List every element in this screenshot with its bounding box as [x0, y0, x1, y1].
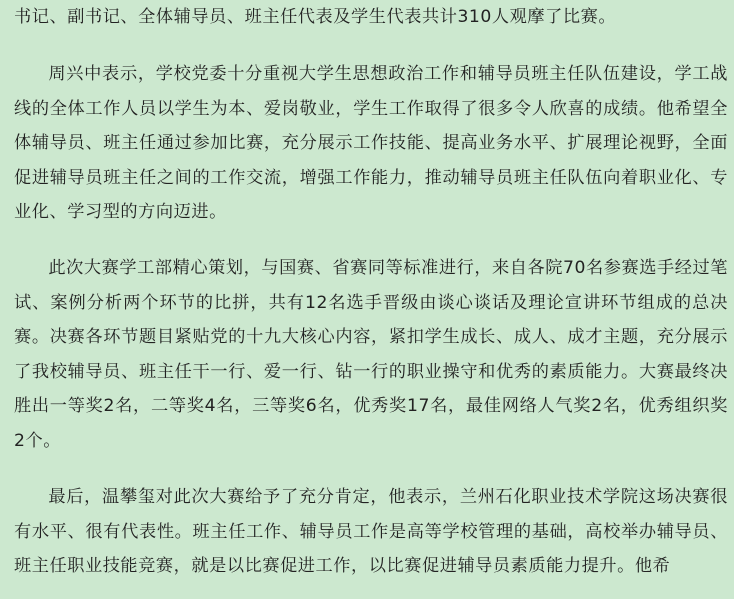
paragraph-competition-overview: 此次大赛学工部精心策划，与国赛、省赛同等标准进行，来自各院70名参赛选手经过笔试…: [14, 251, 728, 458]
paragraph-closing-remarks: 最后，温攀玺对此次大赛给予了充分肯定，他表示，兰州石化职业技术学院这场决赛很有水…: [14, 480, 728, 584]
paragraph-zhou-xingzhong-remarks: 周兴中表示，学校党委十分重视大学生思想政治工作和辅导员班主任队伍建设，学工战线的…: [14, 57, 728, 230]
article-body: 书记、副书记、全体辅导员、班主任代表及学生代表共计310人观摩了比赛。 周兴中表…: [0, 0, 734, 599]
paragraph-attendance: 书记、副书记、全体辅导员、班主任代表及学生代表共计310人观摩了比赛。: [14, 0, 728, 35]
